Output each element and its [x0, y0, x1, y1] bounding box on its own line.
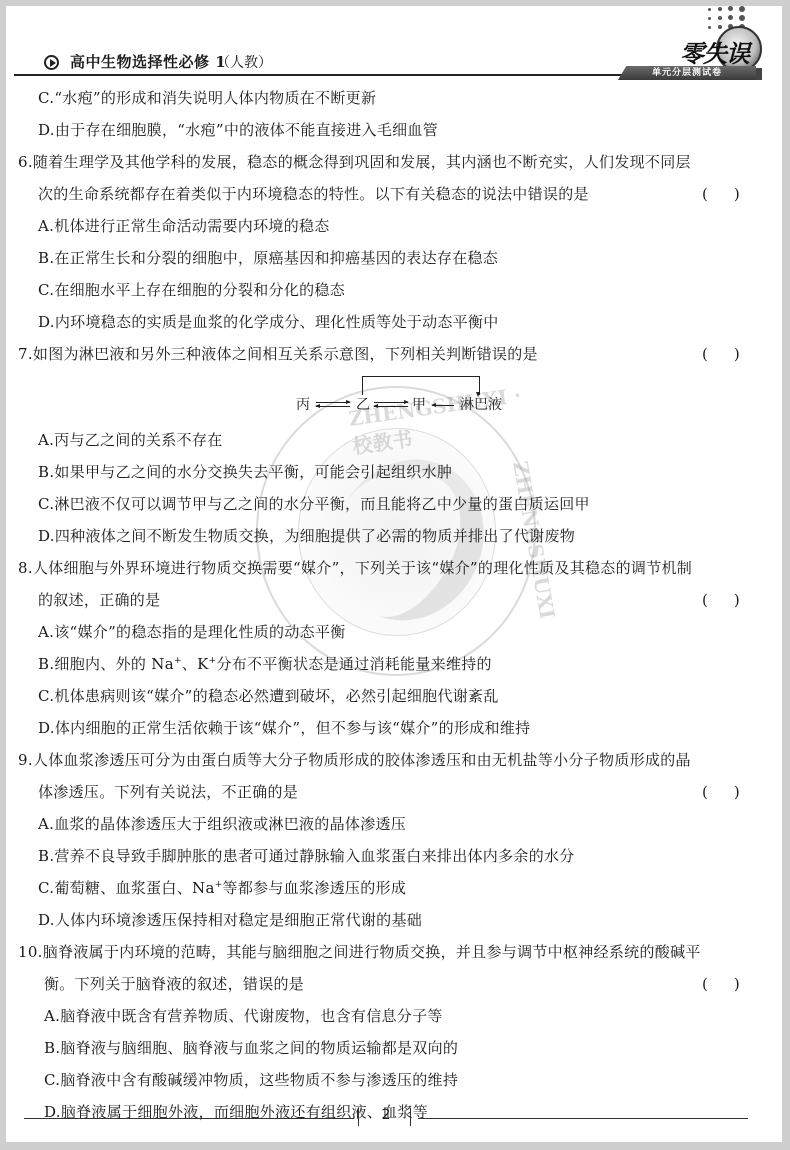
option-label: B. [38, 847, 54, 865]
down-arrow-icon [476, 392, 480, 397]
ribbon-tail [756, 68, 762, 80]
option-label: A. [38, 623, 54, 641]
connector-line [362, 376, 480, 395]
option-line: B.在正常生长和分裂的细胞中，原癌基因和抑癌基因的表达存在稳态 [38, 248, 498, 268]
option-text: 由于存在细胞膜，“水疱”中的液体不能直接进入毛细血管 [55, 121, 438, 139]
option-label: B. [38, 249, 54, 267]
option-text: 脑脊液与脑细胞、脑脊液与血浆之间的物质运输都是双向的 [60, 1039, 458, 1057]
option-text: 葡萄糖、血浆蛋白、Na [54, 879, 214, 897]
question-stem: 9.人体血浆渗透压可分为由蛋白质等大分子物质形成的胶体渗透压和由无机盐等小分子物… [18, 750, 691, 770]
diagram-node-jia: 甲 [412, 396, 426, 414]
answer-blank[interactable]: () [702, 782, 740, 802]
option-text: 人体内环境渗透压保持相对稳定是细胞正常代谢的基础 [55, 911, 422, 929]
question-stem-text: 的叙述，正确的是 [38, 591, 160, 609]
option-label: C. [38, 495, 54, 513]
option-text: 机体进行正常生命活动需要内环境的稳态 [54, 217, 329, 235]
option-label: C. [38, 89, 54, 107]
brand-name: 零失误 [680, 34, 749, 69]
option-label: C. [38, 281, 54, 299]
option-text: 该“媒介”的稳态指的是理化性质的动态平衡 [54, 623, 345, 641]
option-line: C.葡萄糖、血浆蛋白、Na+等都参与血浆渗透压的形成 [38, 878, 406, 898]
footer-divider [410, 1108, 411, 1126]
option-text: 在细胞水平上存在细胞的分裂和分化的稳态 [54, 281, 345, 299]
bidirectional-arrow-icon [374, 401, 408, 409]
option-label: D. [38, 121, 55, 139]
option-label: B. [38, 463, 54, 481]
book-edition: （人教） [216, 52, 272, 72]
option-text: 脑脊液中含有酸碱缓冲物质，这些物质不参与渗透压的维持 [60, 1071, 458, 1089]
option-line: D.体内细胞的正常生活依赖于该“媒介”，但不参与该“媒介”的形成和维持 [38, 718, 530, 738]
option-line: D.人体内环境渗透压保持相对稳定是细胞正常代谢的基础 [38, 910, 422, 930]
option-label: C. [38, 879, 54, 897]
page-number: 2 [376, 1107, 396, 1123]
option-line: C.在细胞水平上存在细胞的分裂和分化的稳态 [38, 280, 345, 300]
option-text: 四种液体之间不断发生物质交换，为细胞提供了必需的物质并排出了代谢废物 [55, 527, 575, 545]
option-line: A.该“媒介”的稳态指的是理化性质的动态平衡 [38, 622, 346, 642]
brand-logo: 零失误 单元分层测试卷 [612, 6, 782, 86]
option-text: 如果甲与乙之间的水分交换失去平衡，可能会引起组织水肿 [54, 463, 452, 481]
left-arrow-icon [432, 405, 454, 406]
question-stem: 8.人体细胞与外界环境进行物质交换需要“媒介”，下列关于该“媒介”的理化性质及其… [18, 558, 692, 578]
option-line: D.由于存在细胞膜，“水疱”中的液体不能直接进入毛细血管 [38, 120, 438, 140]
option-label: A. [38, 431, 54, 449]
option-text: 细胞内、外的 Na [54, 655, 174, 673]
option-text: 营养不良导致手脚肿胀的患者可通过静脉输入血浆蛋白来排出体内多余的水分 [54, 847, 574, 865]
option-line: C.“水疱”的形成和消失说明人体内物质在不断更新 [38, 88, 376, 108]
footer-rule [418, 1118, 748, 1119]
option-line: B.营养不良导致手脚肿胀的患者可通过静脉输入血浆蛋白来排出体内多余的水分 [38, 846, 575, 866]
option-line: A.机体进行正常生命活动需要内环境的稳态 [38, 216, 330, 236]
superscript-charge: + [215, 880, 223, 890]
question-number: 9. [18, 751, 33, 769]
page-footer: 2 [6, 1106, 782, 1136]
play-circle-icon [44, 55, 59, 70]
question-stem: 10.脑脊液属于内环境的范畴，其能与脑细胞之间进行物质交换，并且参与调节中枢神经… [18, 942, 701, 962]
option-line: C.机体患病则该“媒介”的稳态必然遭到破坏，必然引起细胞代谢紊乱 [38, 686, 499, 706]
option-label: C. [44, 1071, 60, 1089]
option-label: D. [38, 719, 55, 737]
question-stem-text: 随着生理学及其他学科的发展，稳态的概念得到巩固和发展，其内涵也不断充实，人们发现… [33, 153, 691, 171]
question-stem: 6.随着生理学及其他学科的发展，稳态的概念得到巩固和发展，其内涵也不断充实，人们… [18, 152, 691, 172]
option-text: 体内细胞的正常生活依赖于该“媒介”，但不参与该“媒介”的形成和维持 [55, 719, 531, 737]
option-label: A. [38, 217, 54, 235]
question-number: 7. [18, 345, 33, 363]
question-stem: 7.如图为淋巴液和另外三种液体之间相互关系示意图，下列相关判断错误的是 [18, 344, 538, 364]
question-stem: 衡。下列关于脑脊液的叙述，错误的是 [44, 974, 304, 994]
option-text: 、K [182, 655, 209, 673]
option-line: B.如果甲与乙之间的水分交换失去平衡，可能会引起组织水肿 [38, 462, 452, 482]
option-line: B.细胞内、外的 Na+、K+分布不平衡状态是通过消耗能量来维持的 [38, 654, 492, 674]
document-page: 高中生物选择性必修 1 （人教） 零失误 单元分层测试卷 [6, 6, 782, 1142]
footer-rule [24, 1118, 354, 1119]
fluid-relationship-diagram: 丙 乙 甲 淋巴液 [296, 374, 516, 418]
option-line: C.脑脊液中含有酸碱缓冲物质，这些物质不参与渗透压的维持 [44, 1070, 458, 1090]
question-stem-text: 脑脊液属于内环境的范畴，其能与脑细胞之间进行物质交换，并且参与调节中枢神经系统的… [43, 943, 701, 961]
question-stem: 次的生命系统都存在着类似于内环境稳态的特性。以下有关稳态的说法中错误的是 [38, 184, 589, 204]
option-label: C. [38, 687, 54, 705]
option-text: 脑脊液中既含有营养物质、代谢废物，也含有信息分子等 [60, 1007, 443, 1025]
question-stem: 的叙述，正确的是 [38, 590, 160, 610]
option-line: A.血浆的晶体渗透压大于组织液或淋巴液的晶体渗透压 [38, 814, 406, 834]
option-line: C.淋巴液不仅可以调节甲与乙之间的水分平衡，而且能将乙中少量的蛋白质运回甲 [38, 494, 590, 514]
option-label: A. [38, 815, 54, 833]
option-label: B. [44, 1039, 60, 1057]
option-text: 血浆的晶体渗透压大于组织液或淋巴液的晶体渗透压 [54, 815, 406, 833]
question-stem-text: 人体细胞与外界环境进行物质交换需要“媒介”，下列关于该“媒介”的理化性质及其稳态… [33, 559, 692, 577]
option-text: 丙与乙之间的关系不存在 [54, 431, 222, 449]
option-label: B. [38, 655, 54, 673]
option-line: D.内环境稳态的实质是血浆的化学成分、理化性质等处于动态平衡中 [38, 312, 499, 332]
answer-blank[interactable]: () [702, 974, 740, 994]
option-text: 分布不平衡状态是通过消耗能量来维持的 [216, 655, 491, 673]
diagram-node-bing: 丙 [296, 396, 310, 414]
question-stem: 体渗透压。下列有关说法，不正确的是 [38, 782, 298, 802]
option-text: 机体患病则该“媒介”的稳态必然遭到破坏，必然引起细胞代谢紊乱 [54, 687, 498, 705]
header-rule [14, 74, 626, 76]
option-line: A.脑脊液中既含有营养物质、代谢废物，也含有信息分子等 [44, 1006, 443, 1026]
option-label: D. [38, 527, 55, 545]
question-number: 6. [18, 153, 33, 171]
question-number: 8. [18, 559, 33, 577]
option-line: B.脑脊液与脑细胞、脑脊液与血浆之间的物质运输都是双向的 [44, 1038, 458, 1058]
question-stem-text: 如图为淋巴液和另外三种液体之间相互关系示意图，下列相关判断错误的是 [33, 345, 538, 363]
option-text: “水疱”的形成和消失说明人体内物质在不断更新 [54, 89, 376, 107]
option-text: 淋巴液不仅可以调节甲与乙之间的水分平衡，而且能将乙中少量的蛋白质运回甲 [54, 495, 590, 513]
option-text: 等都参与血浆渗透压的形成 [223, 879, 407, 897]
answer-blank[interactable]: () [702, 590, 740, 610]
option-text: 在正常生长和分裂的细胞中，原癌基因和抑癌基因的表达存在稳态 [54, 249, 498, 267]
brand-ribbon: 单元分层测试卷 [618, 66, 756, 80]
answer-blank[interactable]: () [702, 344, 740, 364]
question-stem-text: 次的生命系统都存在着类似于内环境稳态的特性。以下有关稳态的说法中错误的是 [38, 185, 589, 203]
option-label: A. [44, 1007, 60, 1025]
option-text: 内环境稳态的实质是血浆的化学成分、理化性质等处于动态平衡中 [55, 313, 499, 331]
question-stem-text: 体渗透压。下列有关说法，不正确的是 [38, 783, 298, 801]
diagram-node-lymph: 淋巴液 [460, 396, 502, 414]
option-label: D. [38, 313, 55, 331]
book-title: 高中生物选择性必修 1 [70, 51, 226, 72]
question-number: 10. [18, 943, 43, 961]
option-line: D.四种液体之间不断发生物质交换，为细胞提供了必需的物质并排出了代谢废物 [38, 526, 575, 546]
bidirectional-arrow-icon [316, 401, 350, 409]
footer-divider [358, 1108, 359, 1126]
superscript-charge: + [174, 656, 182, 666]
question-stem-text: 衡。下列关于脑脊液的叙述，错误的是 [44, 975, 304, 993]
answer-blank[interactable]: () [702, 184, 740, 204]
question-stem-text: 人体血浆渗透压可分为由蛋白质等大分子物质形成的胶体渗透压和由无机盐等小分子物质形… [33, 751, 691, 769]
page-header: 高中生物选择性必修 1 （人教） 零失误 单元分层测试卷 [6, 6, 782, 86]
diagram-node-yi: 乙 [356, 396, 370, 414]
option-label: D. [38, 911, 55, 929]
option-line: A.丙与乙之间的关系不存在 [38, 430, 223, 450]
